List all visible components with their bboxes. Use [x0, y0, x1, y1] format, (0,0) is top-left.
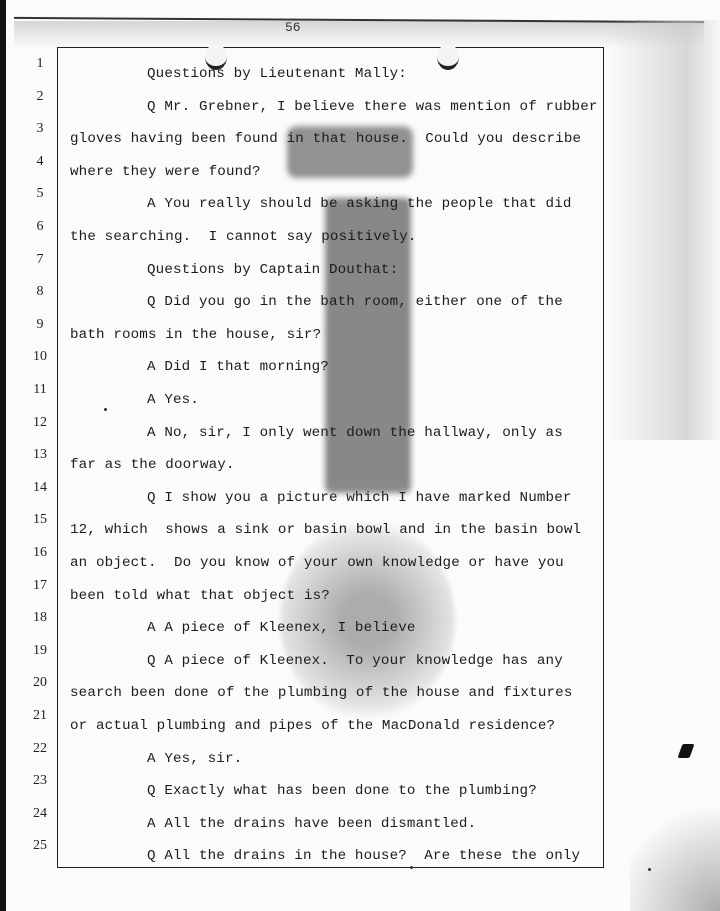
transcript-line: Q All the drains in the house? Are these… — [147, 848, 580, 864]
line-number: 18 — [30, 610, 50, 626]
line-number: 11 — [30, 382, 50, 398]
transcript-line: Q A piece of Kleenex. To your knowledge … — [147, 653, 563, 669]
scan-edge — [0, 0, 6, 911]
scan-shadow-right — [610, 20, 720, 440]
line-number: 6 — [30, 219, 50, 235]
transcript-line: A You really should be asking the people… — [147, 196, 572, 212]
line-number: 2 — [30, 89, 50, 105]
transcript-line: A Did I that morning? — [147, 359, 329, 375]
transcript-line: where they were found? — [70, 164, 261, 180]
transcript-line: Q Did you go in the bath room, either on… — [147, 294, 563, 310]
scan-speck — [410, 866, 413, 869]
transcript-line: Questions by Captain Douthat: — [147, 262, 398, 278]
line-number: 17 — [30, 578, 50, 594]
transcript-line: Q Mr. Grebner, I believe there was menti… — [147, 99, 598, 115]
line-number: 8 — [30, 284, 50, 300]
transcript-line: or actual plumbing and pipes of the MacD… — [70, 718, 555, 734]
line-number: 4 — [30, 154, 50, 170]
page-number: 56 — [285, 20, 301, 35]
transcript-line: A A piece of Kleenex, I believe — [147, 620, 416, 636]
line-number: 7 — [30, 252, 50, 268]
transcript-line: A Yes, sir. — [147, 751, 242, 767]
transcript-line: far as the doorway. — [70, 457, 235, 473]
document-page: 56 1234567891011121314151617181920212223… — [0, 0, 720, 911]
transcript-line: A All the drains have been dismantled. — [147, 816, 476, 832]
line-number: 22 — [30, 741, 50, 757]
transcript-line: been told what that object is? — [70, 588, 330, 604]
scan-speck — [104, 408, 107, 411]
line-number: 14 — [30, 480, 50, 496]
transcript-line: Questions by Lieutenant Mally: — [147, 66, 407, 82]
line-number: 21 — [30, 708, 50, 724]
line-number: 10 — [30, 349, 50, 365]
line-number: 23 — [30, 773, 50, 789]
line-number: 20 — [30, 675, 50, 691]
scan-speck — [648, 868, 651, 871]
line-number: 12 — [30, 415, 50, 431]
transcript-line: an object. Do you know of your own knowl… — [70, 555, 564, 571]
transcript-line: A No, sir, I only went down the hallway,… — [147, 425, 563, 441]
transcript-line: gloves having been found in that house. … — [70, 131, 581, 147]
scan-shadow — [14, 21, 704, 49]
line-number: 24 — [30, 806, 50, 822]
transcript-line: search been done of the plumbing of the … — [70, 685, 573, 701]
scan-shadow-corner — [630, 801, 720, 911]
line-number: 19 — [30, 643, 50, 659]
scan-artifact — [677, 744, 694, 758]
line-number: 15 — [30, 512, 50, 528]
transcript-line: the searching. I cannot say positively. — [70, 229, 417, 245]
line-number: 9 — [30, 317, 50, 333]
transcript-line: A Yes. — [147, 392, 199, 408]
transcript-line: Q I show you a picture which I have mark… — [147, 490, 572, 506]
line-number: 3 — [30, 121, 50, 137]
line-number: 25 — [30, 838, 50, 854]
transcript-line: 12, which shows a sink or basin bowl and… — [70, 522, 581, 538]
line-number: 13 — [30, 447, 50, 463]
transcript-line: Q Exactly what has been done to the plum… — [147, 783, 537, 799]
line-number: 16 — [30, 545, 50, 561]
transcript-line: bath rooms in the house, sir? — [70, 327, 321, 343]
line-number: 5 — [30, 186, 50, 202]
line-number: 1 — [30, 56, 50, 72]
binder-hole-icon — [437, 44, 459, 70]
